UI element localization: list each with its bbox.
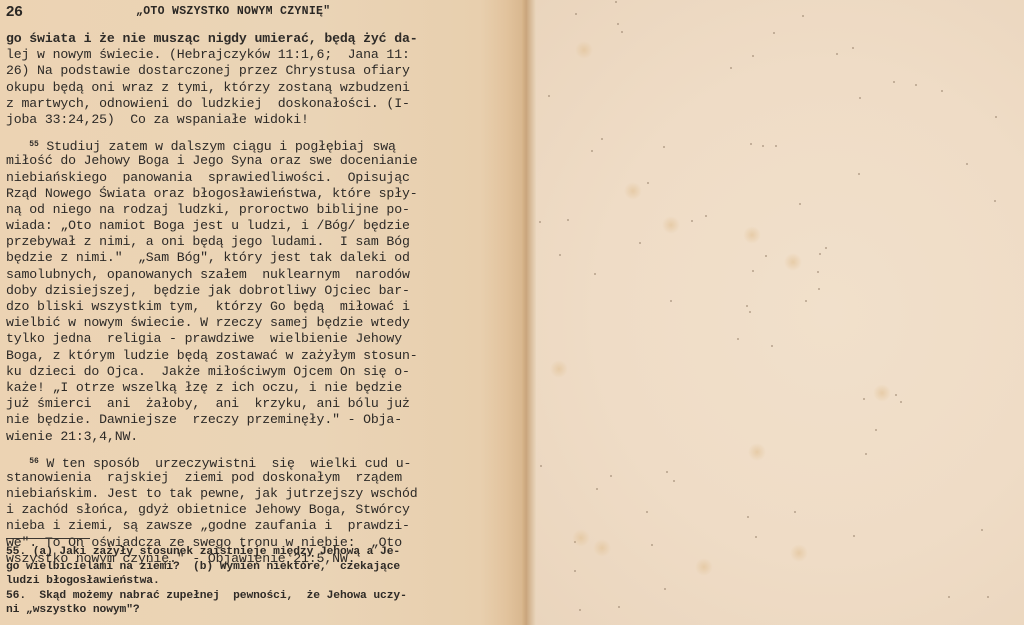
paper-speck xyxy=(749,311,751,313)
paper-speck xyxy=(805,300,807,302)
paper-speck xyxy=(752,55,754,57)
paper-speck xyxy=(618,606,620,608)
paper-speck xyxy=(540,465,542,467)
paper-speck xyxy=(639,242,641,244)
text-line: tylko jedna religia - prawdziwe wielbien… xyxy=(6,331,484,347)
paper-stain xyxy=(743,226,761,244)
text-line: i zachód słońca, gdyż obietnice Jehowy B… xyxy=(6,502,484,518)
page-number: 26 xyxy=(6,3,23,20)
text-line: przebywał z nimi, a oni będą jego ludami… xyxy=(6,234,484,250)
paper-speck xyxy=(670,300,672,302)
paper-speck xyxy=(567,219,569,221)
paper-speck xyxy=(617,23,619,25)
paper-speck xyxy=(995,116,997,118)
study-question-line: 56. Skąd możemy nabrać zupełnej pewności… xyxy=(6,589,486,604)
paper-speck xyxy=(575,13,577,15)
paper-speck xyxy=(737,338,739,340)
paper-speck xyxy=(666,471,668,473)
text-line: go świata i że nie musząc nigdy umierać,… xyxy=(6,31,484,47)
paper-speck xyxy=(621,31,623,33)
paragraph-55: 55 Studiuj zatem w dalszym ciągu i pogłę… xyxy=(6,137,484,445)
left-page: 26 „OTO WSZYSTKO NOWYM CZYNIĘ" go świata… xyxy=(0,0,522,625)
paper-speck xyxy=(539,221,541,223)
paper-speck xyxy=(994,200,996,202)
text-line: każe! „I otrze wszelką łzę z ich oczu, i… xyxy=(6,380,484,396)
paper-speck xyxy=(705,215,707,217)
study-question-line: go wielbicielami na ziemi? (b) Wymień ni… xyxy=(6,560,486,575)
paper-speck xyxy=(773,32,775,34)
paper-speck xyxy=(900,401,902,403)
book-spread: 26 „OTO WSZYSTKO NOWYM CZYNIĘ" go świata… xyxy=(0,0,1024,625)
text-line: z martwych, odnowieni do ludzkiej doskon… xyxy=(6,96,484,112)
text-line: ku dzieci do Ojca. Jakże miłościwym Ojce… xyxy=(6,364,484,380)
paper-stain xyxy=(790,544,808,562)
paper-speck xyxy=(762,145,764,147)
text-line: okupu będą oni wraz z tymi, którzy zosta… xyxy=(6,80,484,96)
paper-speck xyxy=(895,394,897,396)
paper-speck xyxy=(981,529,983,531)
text-line: wielbić w nowym świecie. W rzeczy samej … xyxy=(6,315,484,331)
text-line: 56 W ten sposób urzeczywistni się wielki… xyxy=(6,454,484,470)
paper-stain xyxy=(575,41,593,59)
paper-speck xyxy=(646,511,648,513)
paper-speck xyxy=(574,570,576,572)
paragraph-number: 56 xyxy=(29,457,38,466)
paper-speck xyxy=(852,47,854,49)
paper-speck xyxy=(765,255,767,257)
paper-speck xyxy=(664,588,666,590)
paragraph-number: 55 xyxy=(29,140,38,149)
body-text: go świata i że nie musząc nigdy umierać,… xyxy=(6,31,484,567)
study-question-line: ni „wszystko nowym"? xyxy=(6,603,486,618)
paper-speck xyxy=(730,67,732,69)
paper-stain xyxy=(784,253,802,271)
page-header: 26 „OTO WSZYSTKO NOWYM CZYNIĘ" xyxy=(6,3,506,21)
paper-speck xyxy=(559,254,561,256)
footnote-divider xyxy=(6,538,90,539)
paper-speck xyxy=(799,203,801,205)
paper-speck xyxy=(771,345,773,347)
text-line: doby dzisiejszej, będzie jak dobrotliwy … xyxy=(6,283,484,299)
paper-speck xyxy=(596,488,598,490)
paper-speck xyxy=(615,1,617,3)
paper-speck xyxy=(941,90,943,92)
text-line: 55 Studiuj zatem w dalszym ciągu i pogłę… xyxy=(6,137,484,153)
paper-speck xyxy=(987,596,989,598)
book-spine xyxy=(522,0,536,625)
paper-speck xyxy=(755,536,757,538)
paper-stain xyxy=(873,384,891,402)
paper-speck xyxy=(817,271,819,273)
text-line: samolubnych, opanowanych szałem nuklearn… xyxy=(6,267,484,283)
paper-stain xyxy=(624,182,642,200)
paper-speck xyxy=(548,95,550,97)
paper-speck xyxy=(579,609,581,611)
paper-speck xyxy=(853,535,855,537)
paper-speck xyxy=(651,544,653,546)
paper-speck xyxy=(601,138,603,140)
text-line: niebiańskiego panowania sprawiedliwości.… xyxy=(6,170,484,186)
text-line: nie będzie. Dawniejsze rzeczy przeminęły… xyxy=(6,412,484,428)
paper-speck xyxy=(747,516,749,518)
text-line: Rząd Nowego Świata oraz błogosławieństwa… xyxy=(6,186,484,202)
paper-speck xyxy=(966,163,968,165)
paper-speck xyxy=(775,145,777,147)
text-line: dzo bliski wszystkim tym, którzy Go będą… xyxy=(6,299,484,315)
text-line: wiada: „Oto namiot Boga jest u ludzi, i … xyxy=(6,218,484,234)
paper-speck xyxy=(794,511,796,513)
text-line: joba 33:24,25) Co za wspaniałe widoki! xyxy=(6,112,484,128)
study-question-line: ludzi błogosławieństwa. xyxy=(6,574,486,589)
paper-speck xyxy=(825,247,827,249)
text-line: Boga, z którym ludzie będą zostawać w za… xyxy=(6,348,484,364)
text-line: ną od niego na rodzaj ludzki, proroctwo … xyxy=(6,202,484,218)
paper-speck xyxy=(863,398,865,400)
paper-speck xyxy=(858,173,860,175)
study-question-line: 55. (a) Jaki zażyły stosunek zaistnieje … xyxy=(6,545,486,560)
paper-speck xyxy=(915,84,917,86)
paper-stain xyxy=(572,529,590,547)
text-line: wienie 21:3,4,NW. xyxy=(6,429,484,445)
paper-speck xyxy=(859,97,861,99)
paper-speck xyxy=(819,253,821,255)
paper-speck xyxy=(802,15,804,17)
text-line: stanowienia rajskiej ziemi pod doskonały… xyxy=(6,470,484,486)
paper-speck xyxy=(610,475,612,477)
paper-speck xyxy=(752,270,754,272)
text-line: już śmierci ani żałoby, ani krzyku, ani … xyxy=(6,396,484,412)
paper-speck xyxy=(875,429,877,431)
paper-speck xyxy=(647,182,649,184)
paper-speck xyxy=(594,273,596,275)
right-page-blank xyxy=(536,0,1024,625)
paper-stain xyxy=(695,558,713,576)
study-questions: 55. (a) Jaki zażyły stosunek zaistnieje … xyxy=(6,545,486,618)
text-line: 26) Na podstawie dostarczonej przez Chry… xyxy=(6,63,484,79)
paper-speck xyxy=(750,143,752,145)
paper-stain xyxy=(662,216,680,234)
text-line: lej w nowym świecie. (Hebrajczyków 11:1,… xyxy=(6,47,484,63)
paper-stain xyxy=(748,443,766,461)
paper-speck xyxy=(865,453,867,455)
text-line: będzie z nimi." „Sam Bóg", który jest ta… xyxy=(6,250,484,266)
paper-speck xyxy=(591,150,593,152)
paper-speck xyxy=(948,596,950,598)
paper-speck xyxy=(836,53,838,55)
paper-speck xyxy=(663,146,665,148)
paper-stain xyxy=(550,360,568,378)
running-title: „OTO WSZYSTKO NOWYM CZYNIĘ" xyxy=(136,5,330,18)
text-line: nieba i ziemi, są zawsze „godne zaufania… xyxy=(6,518,484,534)
text-line: miłość do Jehowy Boga i Jego Syna oraz s… xyxy=(6,153,484,169)
paper-speck xyxy=(818,288,820,290)
paragraph-continued: go świata i że nie musząc nigdy umierać,… xyxy=(6,31,484,128)
paper-speck xyxy=(673,480,675,482)
paper-speck xyxy=(691,220,693,222)
paper-stain xyxy=(593,539,611,557)
paper-speck xyxy=(746,305,748,307)
paper-speck xyxy=(893,81,895,83)
text-line: niebiańskim. Jest to tak pewne, jak jutr… xyxy=(6,486,484,502)
